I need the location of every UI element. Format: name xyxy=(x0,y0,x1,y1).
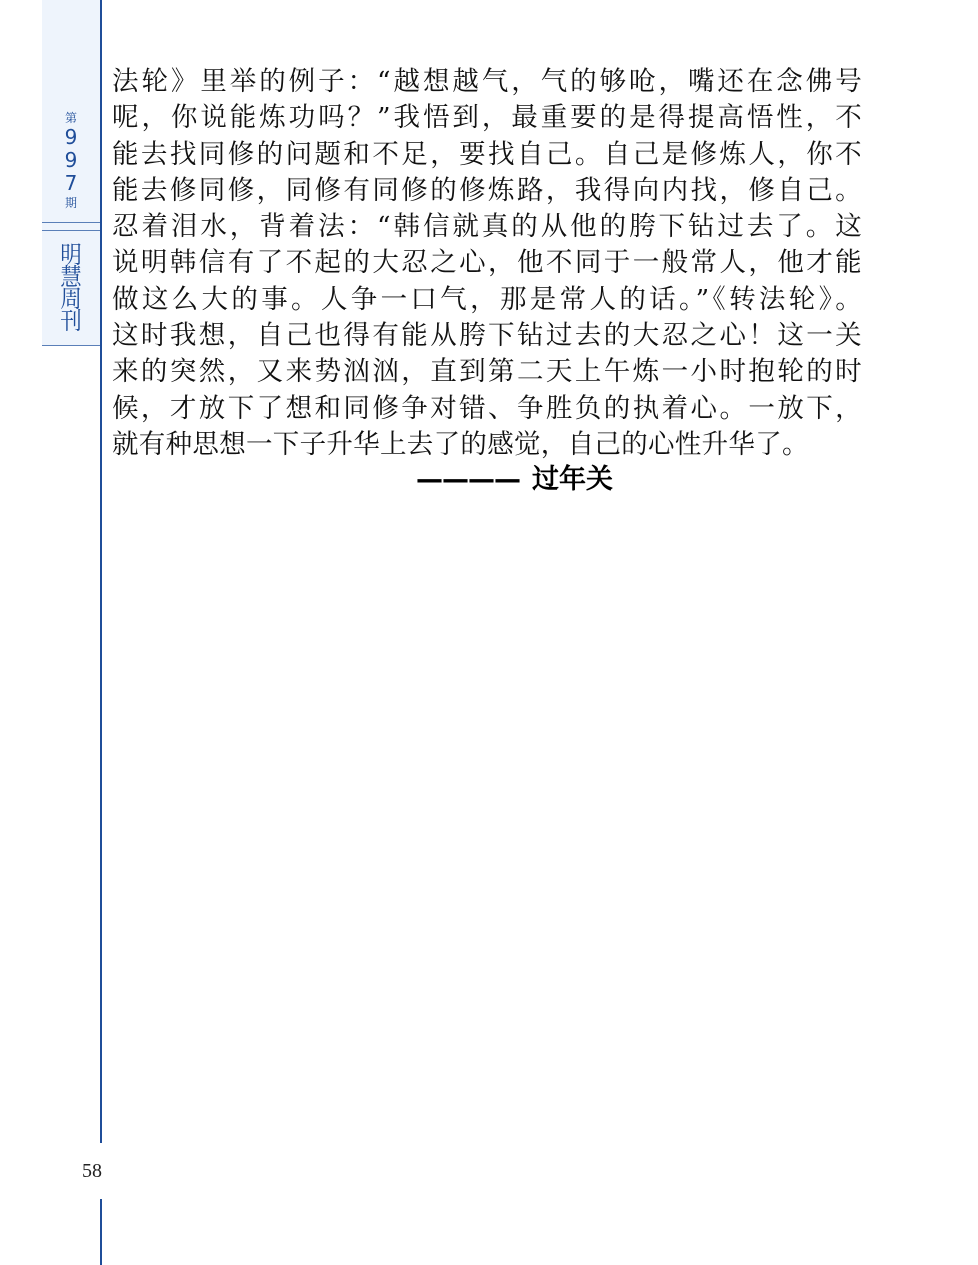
article-line: 候，才放下了想和同修争对错、争胜负的执着心。一放下， xyxy=(112,391,862,427)
article-line: 就有种思想一下子升华上去了的感觉，自己的心性升华了。 xyxy=(112,427,862,463)
issue-digit: 7 xyxy=(42,172,100,195)
article-line: 呢，你说能炼功吗？”我悟到，最重要的是得提高悟性，不 xyxy=(112,100,862,136)
article-line: 来的突然，又来势汹汹，直到第二天上午炼一小时抱轮的时 xyxy=(112,354,862,390)
signature-dash: ———— xyxy=(416,464,520,495)
issue-suffix: 期 xyxy=(42,195,100,211)
page-number: 58 xyxy=(82,1160,102,1183)
sidebar-rule-bottom xyxy=(42,345,100,346)
article-signature: ————过年关 xyxy=(416,460,613,500)
sidebar-rule xyxy=(42,230,100,231)
article-line: 说明韩信有了不起的大忍之心，他不同于一般常人，他才能 xyxy=(112,245,862,281)
article-line: 忍着泪水，背着法：“韩信就真的从他的胯下钻过去了。这 xyxy=(112,209,862,245)
article-line: 能去修同修，同修有同修的修炼路，我得向内找，修自己。 xyxy=(112,173,862,209)
vertical-divider-bottom xyxy=(100,1199,102,1265)
issue-number: 第 9 9 7 期 xyxy=(42,110,100,211)
magazine-name-char: 刊 xyxy=(45,310,97,332)
magazine-name: 明 慧 周 刊 xyxy=(42,244,100,332)
article-line: 做这么大的事。人争一口气，那是常人的话。”《转法轮》。 xyxy=(112,282,862,318)
signature-title: 过年关 xyxy=(532,464,613,495)
article-line: 法轮》里举的例子：“越想越气，气的够呛，嘴还在念佛号 xyxy=(112,64,862,100)
article-line: 能去找同修的问题和不足，要找自己。自己是修炼人，你不 xyxy=(112,137,862,173)
issue-digit: 9 xyxy=(42,149,100,172)
vertical-divider xyxy=(100,0,102,1143)
article-body: 法轮》里举的例子：“越想越气，气的够呛，嘴还在念佛号 呢，你说能炼功吗？”我悟到… xyxy=(112,64,862,463)
issue-digit: 9 xyxy=(42,126,100,149)
article-line: 这时我想，自己也得有能从胯下钻过去的大忍之心！这一关 xyxy=(112,318,862,354)
issue-prefix: 第 xyxy=(42,110,100,126)
sidebar-rule xyxy=(42,222,100,223)
